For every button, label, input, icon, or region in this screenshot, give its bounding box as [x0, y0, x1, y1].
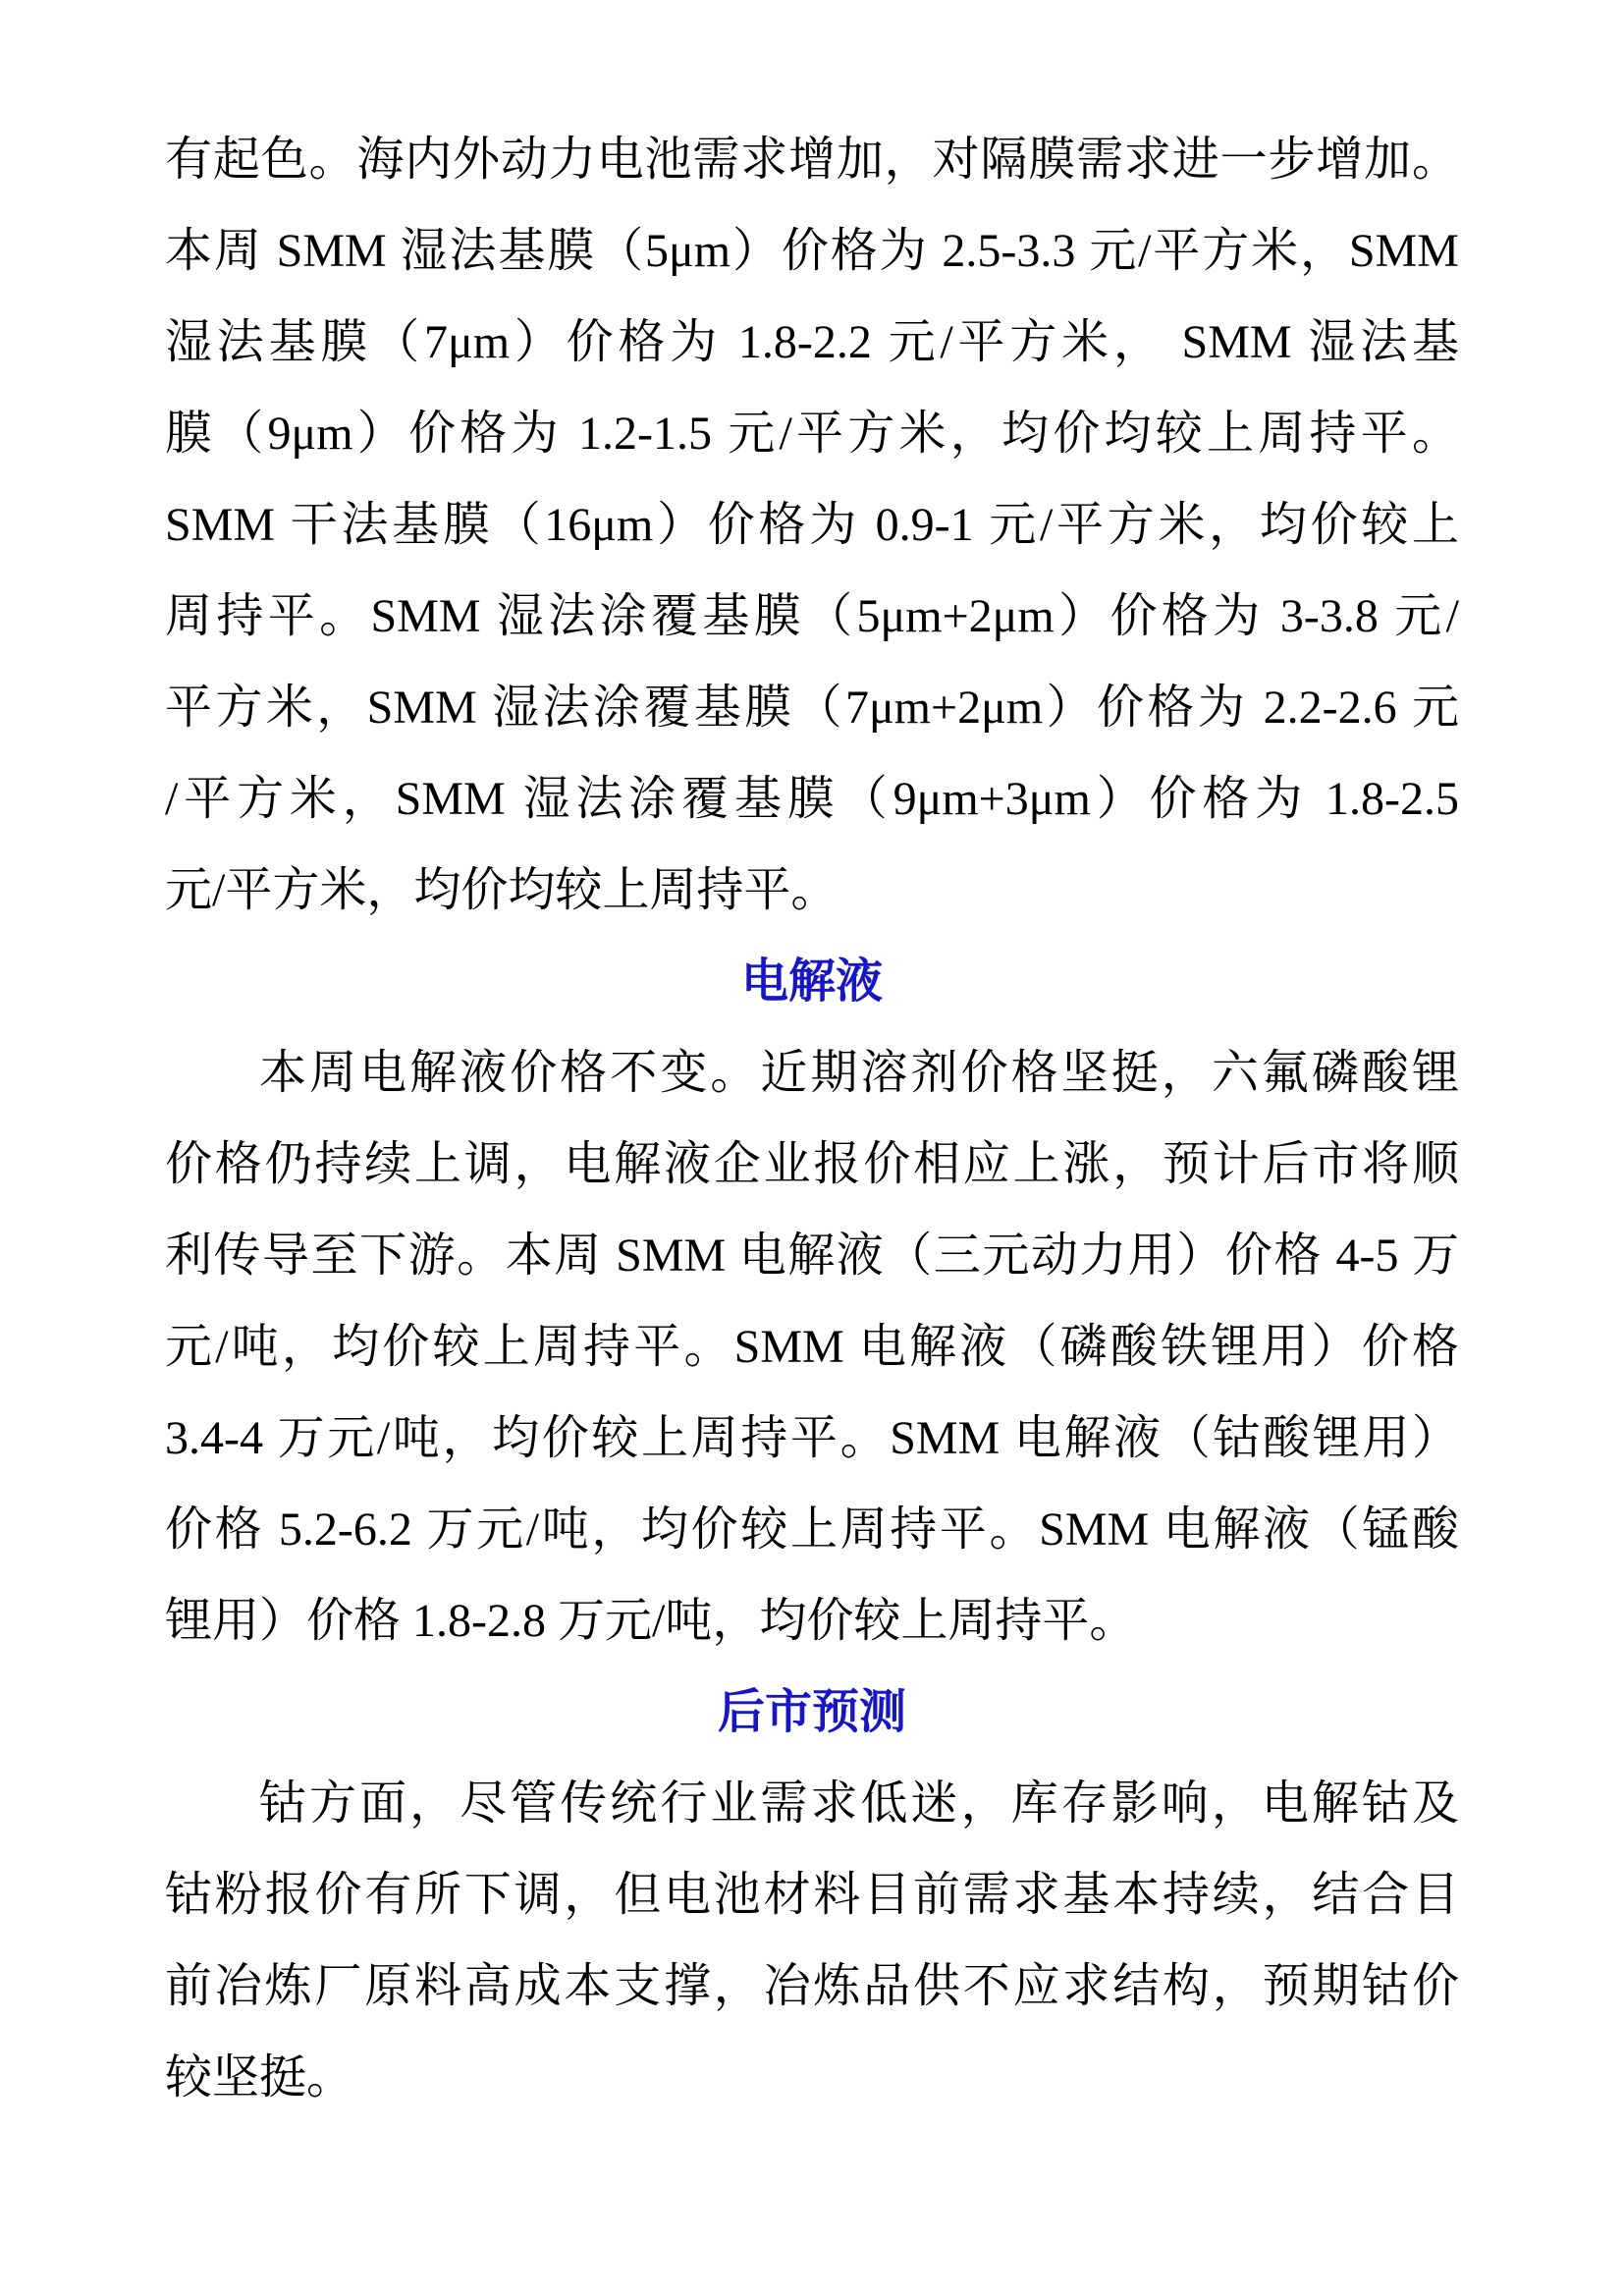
text-line: 本周电解液价格不变。近期溶剂价格坚挺，六氟磷酸锂	[165, 1027, 1459, 1119]
text-line: SMM 干法基膜（16μm）价格为 0.9-1 元/平方米，均价较上	[165, 479, 1459, 571]
text-line: 前冶炼厂原料高成本支撑，冶炼品供不应求结构，预期钴价	[165, 1941, 1459, 2032]
text-line: 湿法基膜（7μm）价格为 1.8-2.2 元/平方米， SMM 湿法基	[165, 297, 1459, 388]
text-line: 钴方面，尽管传统行业需求低迷，库存影响，电解钴及	[165, 1758, 1459, 1849]
section-heading-electrolyte: 电解液	[165, 936, 1459, 1027]
section-heading-forecast: 后市预测	[165, 1667, 1459, 1758]
text-line: 本周 SMM 湿法基膜（5μm）价格为 2.5-3.3 元/平方米，SMM	[165, 205, 1459, 297]
text-line: 膜（9μm）价格为 1.2-1.5 元/平方米，均价均较上周持平。	[165, 388, 1459, 479]
document-page: 有起色。海内外动力电池需求增加，对隔膜需求进一步增加。 本周 SMM 湿法基膜（…	[165, 114, 1459, 2123]
text-line: 3.4-4 万元/吨，均价较上周持平。SMM 电解液（钴酸锂用）	[165, 1393, 1459, 1484]
text-line: 利传导至下游。本周 SMM 电解液（三元动力用）价格 4-5 万	[165, 1210, 1459, 1301]
forecast-paragraph: 钴方面，尽管传统行业需求低迷，库存影响，电解钴及 钴粉报价有所下调，但电池材料目…	[165, 1758, 1459, 2123]
text-line: 价格仍持续上调，电解液企业报价相应上涨，预计后市将顺	[165, 1119, 1459, 1210]
text-line: 有起色。海内外动力电池需求增加，对隔膜需求进一步增加。	[165, 114, 1459, 205]
text-line: 元/平方米，均价均较上周持平。	[165, 845, 1459, 936]
text-line: 钴粉报价有所下调，但电池材料目前需求基本持续，结合目	[165, 1849, 1459, 1941]
text-line: 周持平。SMM 湿法涂覆基膜（5μm+2μm）价格为 3-3.8 元/	[165, 571, 1459, 662]
text-line: 价格 5.2-6.2 万元/吨，均价较上周持平。SMM 电解液（锰酸	[165, 1484, 1459, 1575]
membrane-paragraph: 有起色。海内外动力电池需求增加，对隔膜需求进一步增加。 本周 SMM 湿法基膜（…	[165, 114, 1459, 936]
text-line: 锂用）价格 1.8-2.8 万元/吨，均价较上周持平。	[165, 1575, 1459, 1667]
electrolyte-paragraph: 本周电解液价格不变。近期溶剂价格坚挺，六氟磷酸锂 价格仍持续上调，电解液企业报价…	[165, 1027, 1459, 1667]
text-line: 平方米，SMM 湿法涂覆基膜（7μm+2μm）价格为 2.2-2.6 元	[165, 662, 1459, 753]
text-line: /平方米，SMM 湿法涂覆基膜（9μm+3μm）价格为 1.8-2.5	[165, 753, 1459, 845]
text-line: 较坚挺。	[165, 2032, 1459, 2123]
text-line: 元/吨，均价较上周持平。SMM 电解液（磷酸铁锂用）价格	[165, 1301, 1459, 1393]
